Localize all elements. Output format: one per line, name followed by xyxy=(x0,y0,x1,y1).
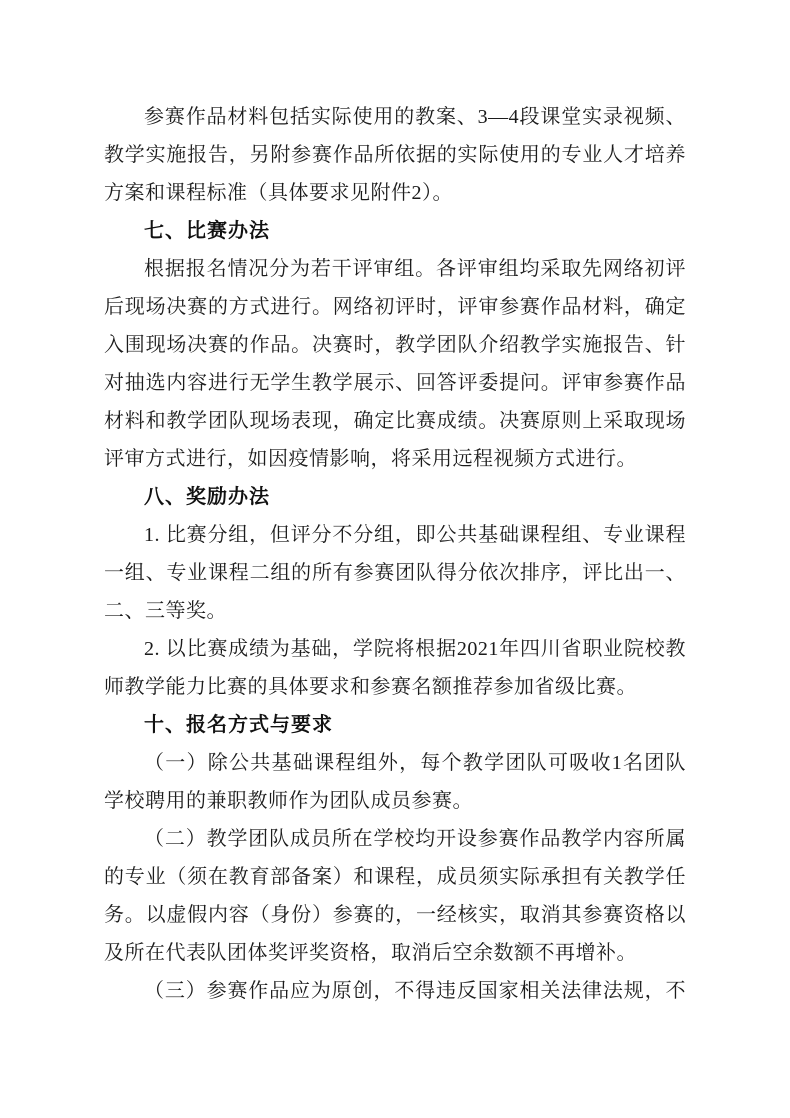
document-page: 参赛作品材料包括实际使用的教案、3—4段课堂实录视频、教学实施报告，另附参赛作品… xyxy=(0,0,790,1118)
para-requirement-2-line: 及所在代表队团体奖评奖资格，取消后空余数额不再增补。 xyxy=(104,934,686,972)
document-body: 参赛作品材料包括实际使用的教案、3—4段课堂实录视频、教学实施报告，另附参赛作品… xyxy=(104,98,686,1010)
para-requirement-3-line: （三）参赛作品应为原创，不得违反国家相关法律法规，不 xyxy=(104,972,686,1010)
para-competition-method-line: 评审方式进行，如因疫情影响，将采用远程视频方式进行。 xyxy=(104,440,686,478)
para-award-1-line: 二、三等奖。 xyxy=(104,592,686,630)
para-competition-method-line: 对抽选内容进行无学生教学展示、回答评委提问。评审参赛作品 xyxy=(104,364,686,402)
para-competition-method-line: 材料和教学团队现场表现，确定比赛成绩。决赛原则上采取现场 xyxy=(104,402,686,440)
para-requirement-2-line: 务。以虚假内容（身份）参赛的，一经核实，取消其参赛资格以 xyxy=(104,896,686,934)
para-entry-materials-line: 参赛作品材料包括实际使用的教案、3—4段课堂实录视频、 xyxy=(104,98,686,136)
para-requirement-1-line: 学校聘用的兼职教师作为团队成员参赛。 xyxy=(104,782,686,820)
para-award-2-line: 师教学能力比赛的具体要求和参赛名额推荐参加省级比赛。 xyxy=(104,668,686,706)
para-entry-materials-line: 教学实施报告，另附参赛作品所依据的实际使用的专业人才培养 xyxy=(104,136,686,174)
para-requirement-1-line: （一）除公共基础课程组外，每个教学团队可吸收1名团队 xyxy=(104,744,686,782)
para-requirement-2-line: 的专业（须在教育部备案）和课程，成员须实际承担有关教学任 xyxy=(104,858,686,896)
para-award-2-line: 2. 以比赛成绩为基础，学院将根据2021年四川省职业院校教 xyxy=(104,630,686,668)
para-competition-method-line: 后现场决赛的方式进行。网络初评时，评审参赛作品材料，确定 xyxy=(104,288,686,326)
heading-section-10: 十、报名方式与要求 xyxy=(104,706,686,744)
para-competition-method-line: 入围现场决赛的作品。决赛时，教学团队介绍教学实施报告、针 xyxy=(104,326,686,364)
para-entry-materials-line: 方案和课程标准（具体要求见附件2）。 xyxy=(104,174,686,212)
para-award-1-line: 1. 比赛分组，但评分不分组，即公共基础课程组、专业课程 xyxy=(104,516,686,554)
para-award-1-line: 一组、专业课程二组的所有参赛团队得分依次排序，评比出一、 xyxy=(104,554,686,592)
para-competition-method-line: 根据报名情况分为若干评审组。各评审组均采取先网络初评 xyxy=(104,250,686,288)
heading-section-8: 八、奖励办法 xyxy=(104,478,686,516)
heading-section-7: 七、比赛办法 xyxy=(104,212,686,250)
para-requirement-2-line: （二）教学团队成员所在学校均开设参赛作品教学内容所属 xyxy=(104,820,686,858)
